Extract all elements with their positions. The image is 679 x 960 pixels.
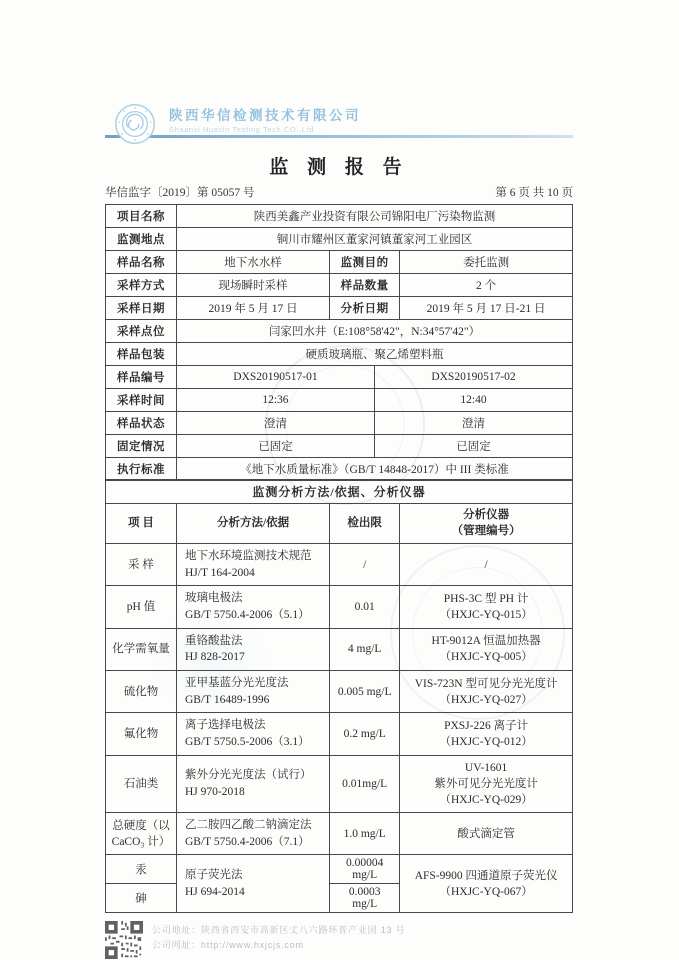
field-label: 分析日期	[330, 297, 400, 320]
field-value: 委托监测	[400, 251, 573, 274]
sample1-value: DXS20190517-01	[176, 365, 374, 388]
sample2-value: DXS20190517-02	[374, 365, 572, 388]
analysis-row: pH 值 玻璃电极法 GB/T 5750.4-2006（5.1） 0.01 PH…	[106, 586, 573, 628]
page-indicator: 第 6 页 共 10 页	[495, 184, 573, 200]
instrument-cell: UV-1601 紫外可见分光光度计 （HXJC-YQ-029）	[400, 755, 573, 812]
field-label: 样品包装	[106, 343, 177, 366]
limit-cell: 0.01	[330, 586, 400, 628]
analysis-row: 氟化物 离子选择电极法 GB/T 5750.5-2006（3.1） 0.2 mg…	[106, 713, 573, 755]
info-row: 采样日期 2019 年 5 月 17 日 分析日期 2019 年 5 月 17 …	[106, 297, 573, 320]
method-cell: 紫外分光光度法（试行） HJ 970-2018	[176, 755, 329, 812]
instrument-cell: PXSJ-226 离子计 （HXJC-YQ-012）	[400, 713, 573, 755]
col-header-method: 分析方法/依据	[176, 504, 329, 544]
field-value: 陕西美鑫产业投资有限公司锦阳电厂污染物监测	[176, 205, 572, 228]
field-label: 监测目的	[330, 251, 400, 274]
method-cell: 玻璃电极法 GB/T 5750.4-2006（5.1）	[176, 586, 329, 628]
instrument-cell: 酸式滴定管	[400, 813, 573, 855]
document-number: 华信监字〔2019〕第 05057 号	[105, 184, 255, 200]
field-label: 采样日期	[106, 297, 177, 320]
sample2-value: 12:40	[374, 388, 572, 411]
info-row: 采样点位 闫家凹水井（E:108°58'42"，N:34°57'42"）	[106, 320, 573, 343]
sample1-value: 12:36	[176, 388, 374, 411]
col-header-instrument: 分析仪器 （管理编号）	[400, 504, 573, 544]
limit-cell: 0.00004 mg/L	[330, 855, 400, 884]
sample-pair-table: 样品编号 DXS20190517-01 DXS20190517-02 采样时间 …	[105, 365, 573, 481]
instrument-cell: HT-9012A 恒温加热器 （HXJC-YQ-005）	[400, 628, 573, 670]
instrument-cell: PHS-3C 型 PH 计 （HXJC-YQ-015）	[400, 586, 573, 628]
analysis-row: 硫化物 亚甲基蓝分光光度法 GB/T 16489-1996 0.005 mg/L…	[106, 671, 573, 713]
footer-address: 公司地址：陕西省西安市高新区丈八六路环普产业园 13 号	[152, 923, 405, 937]
info-row: 采样时间 12:36 12:40	[106, 388, 573, 411]
info-row: 样品编号 DXS20190517-01 DXS20190517-02	[106, 365, 573, 388]
limit-cell: 0.005 mg/L	[330, 671, 400, 713]
method-cell: 乙二胺四乙酸二钠滴定法 GB/T 5750.4-2006（7.1）	[176, 813, 329, 855]
col-header-item: 项 目	[106, 504, 177, 544]
field-label: 样品状态	[106, 411, 177, 434]
limit-cell: /	[330, 544, 400, 586]
limit-cell: 0.0003 mg/L	[330, 884, 400, 913]
company-seal-icon	[113, 102, 157, 146]
info-row: 样品状态 澄清 澄清	[106, 411, 573, 434]
info-row: 监测地点 铜川市耀州区董家河镇董家河工业园区	[106, 228, 573, 251]
analysis-row: 采 样 地下水环境监测技术规范 HJ/T 164-2004 / /	[106, 544, 573, 586]
field-value: 现场瞬时采样	[176, 274, 329, 297]
param-name: 石油类	[106, 755, 177, 812]
letterhead: 陕西华信检测技术有限公司 Shaanxi Huaxin Testing Tech…	[105, 98, 573, 148]
param-name: 汞	[106, 855, 177, 884]
field-value: 2 个	[400, 274, 573, 297]
param-name: pH 值	[106, 586, 177, 628]
field-label: 样品名称	[106, 251, 177, 274]
method-cell: 亚甲基蓝分光光度法 GB/T 16489-1996	[176, 671, 329, 713]
analysis-row: 化学需氧量 重铬酸盐法 HJ 828-2017 4 mg/L HT-9012A …	[106, 628, 573, 670]
param-name: 硫化物	[106, 671, 177, 713]
field-label: 采样时间	[106, 388, 177, 411]
column-header-row: 项 目 分析方法/依据 检出限 分析仪器 （管理编号）	[106, 504, 573, 544]
info-row: 采样方式 现场瞬时采样 样品数量 2 个	[106, 274, 573, 297]
info-row: 执行标准 《地下水质量标准》（GB/T 14848-2017）中 III 类标准	[106, 457, 573, 480]
info-row: 项目名称 陕西美鑫产业投资有限公司锦阳电厂污染物监测	[106, 205, 573, 228]
method-cell: 重铬酸盐法 HJ 828-2017	[176, 628, 329, 670]
analysis-row: 汞 原子荧光法 HJ 694-2014 0.00004 mg/L AFS-990…	[106, 855, 573, 884]
param-name: 化学需氧量	[106, 628, 177, 670]
param-name: 总硬度（以 CaCO₃ 计）	[106, 813, 177, 855]
section-title: 监测分析方法/依据、分析仪器	[106, 480, 573, 504]
page-footer: 公司地址：陕西省西安市高新区丈八六路环普产业园 13 号 公司网址：http:/…	[105, 921, 573, 959]
section-header-row: 监测分析方法/依据、分析仪器	[106, 480, 573, 504]
field-label: 固定情况	[106, 434, 177, 457]
info-row: 样品名称 地下水水样 监测目的 委托监测	[106, 251, 573, 274]
param-name: 氟化物	[106, 713, 177, 755]
analysis-row: 总硬度（以 CaCO₃ 计） 乙二胺四乙酸二钠滴定法 GB/T 5750.4-2…	[106, 813, 573, 855]
field-value: 闫家凹水井（E:108°58'42"，N:34°57'42"）	[176, 320, 572, 343]
company-name-english: Shaanxi Huaxin Testing Tech CO.,Ltd	[169, 125, 361, 134]
field-label: 样品数量	[330, 274, 400, 297]
col-header-limit: 检出限	[330, 504, 400, 544]
limit-cell: 0.2 mg/L	[330, 713, 400, 755]
info-row: 样品包装 硬质玻璃瓶、聚乙烯塑料瓶	[106, 343, 573, 366]
field-value: 2019 年 5 月 17 日-21 日	[400, 297, 573, 320]
limit-cell: 0.01mg/L	[330, 755, 400, 812]
param-name: 砷	[106, 884, 177, 913]
limit-cell: 1.0 mg/L	[330, 813, 400, 855]
field-value: 2019 年 5 月 17 日	[176, 297, 329, 320]
param-name: 采 样	[106, 544, 177, 586]
header-rule	[105, 135, 573, 138]
method-cell: 离子选择电极法 GB/T 5750.5-2006（3.1）	[176, 713, 329, 755]
info-row: 固定情况 已固定 已固定	[106, 434, 573, 457]
method-cell: 原子荧光法 HJ 694-2014	[176, 855, 329, 913]
analysis-row: 石油类 紫外分光光度法（试行） HJ 970-2018 0.01mg/L UV-…	[106, 755, 573, 812]
analysis-methods-table: 监测分析方法/依据、分析仪器 项 目 分析方法/依据 检出限 分析仪器 （管理编…	[105, 479, 573, 913]
field-label: 采样点位	[106, 320, 177, 343]
qr-code-icon	[105, 921, 143, 959]
sample2-value: 已固定	[374, 434, 572, 457]
company-name: 陕西华信检测技术有限公司	[169, 104, 361, 124]
field-label: 采样方式	[106, 274, 177, 297]
field-value: 地下水水样	[176, 251, 329, 274]
scanned-report-page: 陕西华信检测技术有限公司 Shaanxi Huaxin Testing Tech…	[0, 0, 679, 960]
field-value: 铜川市耀州区董家河镇董家河工业园区	[176, 228, 572, 251]
sample1-value: 已固定	[176, 434, 374, 457]
limit-cell: 4 mg/L	[330, 628, 400, 670]
report-title: 监 测 报 告	[105, 152, 573, 179]
sample-info-table: 项目名称 陕西美鑫产业投资有限公司锦阳电厂污染物监测 监测地点 铜川市耀州区董家…	[105, 204, 573, 366]
instrument-cell: /	[400, 544, 573, 586]
field-label: 样品编号	[106, 365, 177, 388]
field-label: 执行标准	[106, 457, 177, 480]
sample2-value: 澄清	[374, 411, 572, 434]
footer-website: 公司网址：http://www.hxjcjs.com	[152, 938, 405, 952]
field-value: 硬质玻璃瓶、聚乙烯塑料瓶	[176, 343, 572, 366]
method-cell: 地下水环境监测技术规范 HJ/T 164-2004	[176, 544, 329, 586]
field-label: 监测地点	[106, 228, 177, 251]
field-value: 《地下水质量标准》（GB/T 14848-2017）中 III 类标准	[176, 457, 572, 480]
instrument-cell: VIS-723N 型可见分光光度计 （HXJC-YQ-027）	[400, 671, 573, 713]
field-label: 项目名称	[106, 205, 177, 228]
sample1-value: 澄清	[176, 411, 374, 434]
instrument-cell: AFS-9900 四通道原子荧光仪 （HXJC-YQ-067）	[400, 855, 573, 913]
